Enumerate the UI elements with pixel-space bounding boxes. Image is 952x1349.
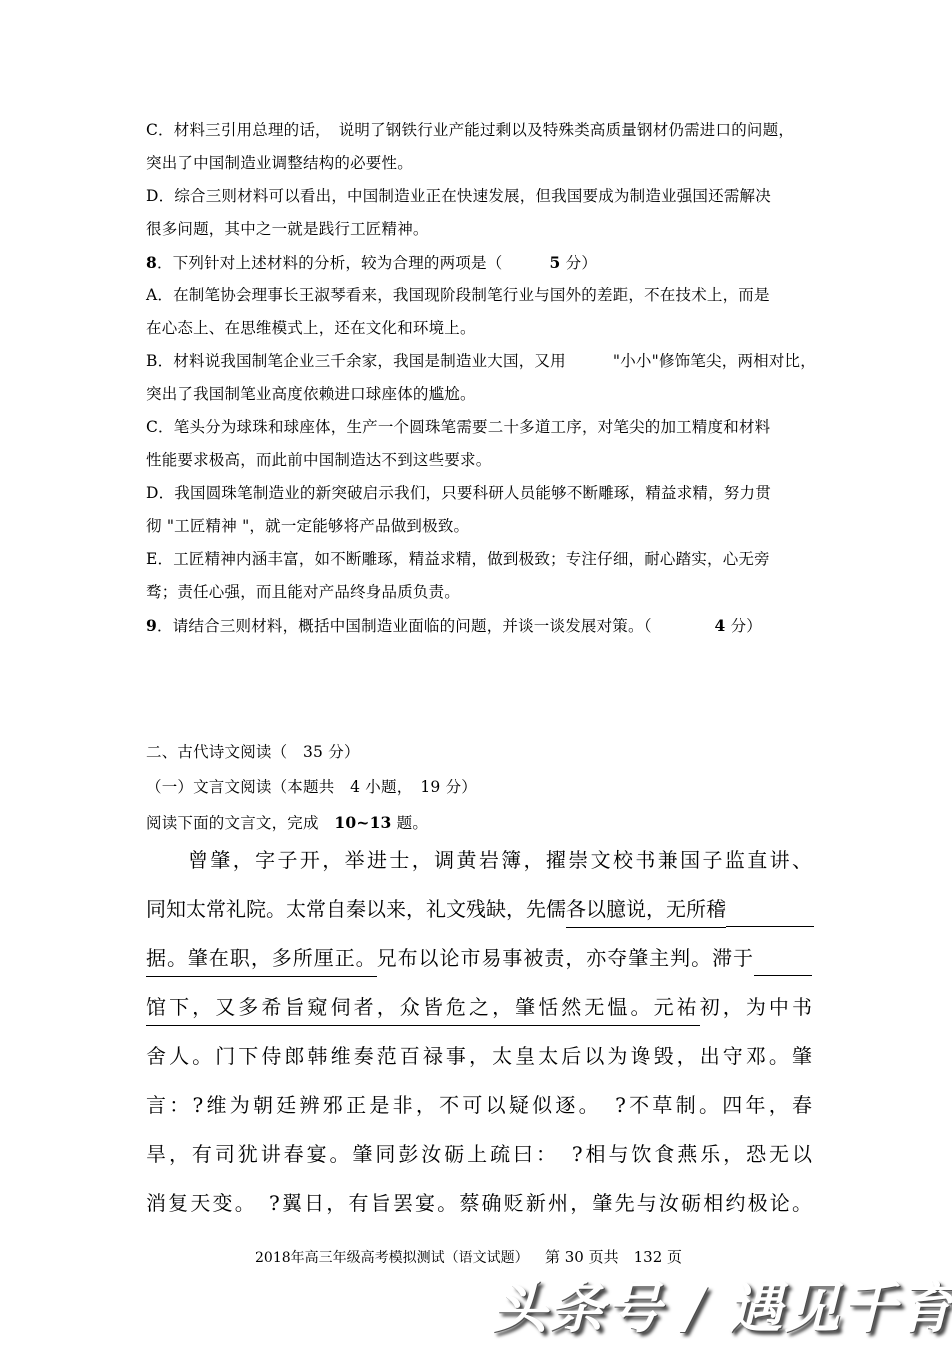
watermark: 头条号 / 遇见千育: [492, 1264, 952, 1343]
option-line: 彻 "工匠精神 "，就一定能够将产品做到极致。: [146, 510, 836, 543]
option-line: C．材料三引用总理的话， 说明了钢铁行业产能过剩以及特殊类高质量钢材仍需进口的问…: [146, 114, 836, 147]
section-heading: 二、古代诗文阅读（ 35 分）: [146, 735, 836, 770]
option-line: D．综合三则材料可以看出，中国制造业正在快速发展，但我国要成为制造业强国还需解决: [146, 180, 836, 213]
option-line: A．在制笔协会理事长王淑琴看来，我国现阶段制笔行业与国外的差距，不在技术上，而是: [146, 279, 836, 312]
question-text: ．请结合三则材料，概括中国制造业面临的问题，并谈一谈发展对策。（: [157, 617, 714, 635]
passage-instruction: 阅读下面的文言文，完成 10~13 题。: [146, 805, 836, 840]
option-line: 很多问题，其中之一就是践行工匠精神。: [146, 213, 836, 246]
instruction-tail: 题。: [392, 814, 429, 832]
passage-text: 同知太常礼院。太常自秦以来，礼文残缺，先儒: [146, 897, 566, 921]
instruction-text: 阅读下面的文言文，完成: [146, 814, 334, 832]
score-unit: 分）: [725, 617, 762, 635]
score-value: 4: [714, 616, 725, 635]
question-9-line: 9．请结合三则材料，概括中国制造业面临的问题，并谈一谈发展对策。（ 4 分）: [146, 609, 836, 642]
footer-exam-title: 2018年高三年级高考模拟测试（语文试题）: [255, 1247, 529, 1267]
underline-blank: [726, 925, 814, 927]
passage-line: 舍人。门下侍郎韩维奏范百禄事，太皇太后以为谗毁，出守邓。肇: [146, 1032, 812, 1081]
passage-text: 初，为中书: [700, 995, 812, 1019]
underlined-text: 各以臆说，无所稽: [566, 897, 726, 928]
option-line: 在心态上、在思维模式上，还在文化和环境上。: [146, 312, 836, 345]
question-text: ．下列针对上述材料的分析，较为合理的两项是（: [157, 254, 550, 272]
option-line: 突出了中国制造业调整结构的必要性。: [146, 147, 836, 180]
underlined-text: 馆下，又多希旨窥伺者，众皆危之，肇恬然无愠。元祐: [146, 995, 700, 1026]
passage-line: 消复天变。 ?翼日，有旨罢宴。蔡确贬新州，肇先与汝砺相约极论。: [146, 1179, 812, 1228]
passage-line: 据。肇在职，多所厘正。兄布以论市易事被责，亦夺肇主判。滞于: [146, 934, 812, 983]
underlined-text: 据。肇在职，多所厘正。: [146, 946, 377, 977]
question-8-line: 8．下列针对上述材料的分析，较为合理的两项是（ 5 分）: [146, 246, 836, 279]
subsection-heading: （一）文言文阅读（本题共 4 小题， 19 分）: [146, 770, 836, 805]
underline-blank: [754, 974, 812, 976]
passage-line: 同知太常礼院。太常自秦以来，礼文残缺，先儒各以臆说，无所稽: [146, 885, 812, 934]
classical-passage: 曾肇，字子开，举进士，调黄岩簿，擢崇文校书兼国子监直讲、 同知太常礼院。太常自秦…: [146, 836, 812, 1228]
passage-line: 馆下，又多希旨窥伺者，众皆危之，肇恬然无愠。元祐初，为中书: [146, 983, 812, 1032]
option-line: B．材料说我国制笔企业三千余家，我国是制造业大国，又用 "小小"修饰笔尖，两相对…: [146, 345, 836, 378]
question-range: 10~13: [334, 813, 391, 832]
score-unit: 分）: [561, 254, 598, 272]
section-headings: 二、古代诗文阅读（ 35 分） （一）文言文阅读（本题共 4 小题， 19 分）…: [146, 735, 836, 840]
option-line: E．工匠精神内涵丰富，如不断雕琢，精益求精，做到极致；专注仔细，耐心踏实，心无旁: [146, 543, 836, 576]
option-line: 性能要求极高，而此前中国制造达不到这些要求。: [146, 444, 836, 477]
question-number: 9: [146, 616, 157, 635]
option-line: D．我国圆珠笔制造业的新突破启示我们，只要科研人员能够不断雕琢，精益求精，努力贯: [146, 477, 836, 510]
option-line: C．笔头分为球珠和球座体，生产一个圆珠笔需要二十多道工序，对笔尖的加工精度和材料: [146, 411, 836, 444]
option-line: 突出了我国制笔业高度依赖进口球座体的尴尬。: [146, 378, 836, 411]
passage-text: 兄布以论市易事被责，亦夺肇主判。滞于: [377, 946, 754, 970]
question-number: 8: [146, 253, 157, 272]
passage-line: 曾肇，字子开，举进士，调黄岩簿，擢崇文校书兼国子监直讲、: [146, 836, 812, 885]
question-section: C．材料三引用总理的话， 说明了钢铁行业产能过剩以及特殊类高质量钢材仍需进口的问…: [146, 114, 836, 642]
passage-line: 旱，有司犹讲春宴。肇同彭汝砺上疏曰： ?相与饮食燕乐，恐无以: [146, 1130, 812, 1179]
passage-line: 言：?维为朝廷辨邪正是非，不可以疑似逐。 ?不草制。四年，春: [146, 1081, 812, 1130]
option-line: 骛；责任心强，而且能对产品终身品质负责。: [146, 576, 836, 609]
score-value: 5: [550, 253, 561, 272]
